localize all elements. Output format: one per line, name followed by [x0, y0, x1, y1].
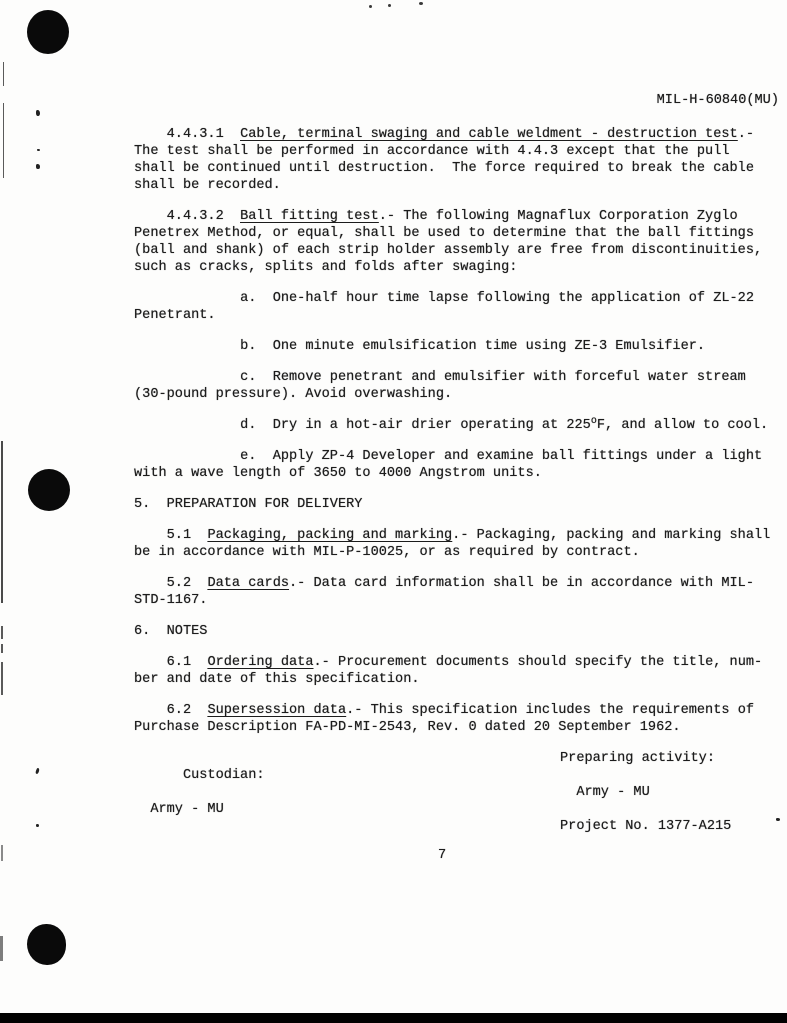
- list-item-c: c. Remove penetrant and emulsifier with …: [134, 369, 779, 403]
- scan-speck: [35, 768, 40, 775]
- scanned-document-page: MIL-H-60840(MU) 4.4.3.1 Cable, terminal …: [0, 0, 787, 1023]
- scan-speck: [388, 4, 391, 7]
- scan-speck: [36, 164, 40, 169]
- section-5-2-data-cards: 5.2 Data cards.- Data card information s…: [134, 575, 779, 609]
- scan-edge-line: [1, 441, 3, 603]
- section-6-2-supersession-data: 6.2 Supersession data.- This specificati…: [134, 702, 779, 736]
- hole-punch-top-icon: [27, 10, 69, 54]
- section-5-1-packaging: 5.1 Packaging, packing and marking.- Pac…: [134, 527, 779, 561]
- section-4-4-3-2-ball-fitting-test: 4.4.3.2 Ball fitting test.- The followin…: [134, 208, 779, 276]
- list-item-a: a. One-half hour time lapse following th…: [134, 290, 779, 324]
- custodian-block: Custodian: Army - MU: [134, 768, 265, 817]
- scan-bottom-edge: [0, 1013, 787, 1023]
- scan-speck: [419, 2, 423, 5]
- document-paragraphs: 4.4.3.1 Cable, terminal swaging and cabl…: [134, 126, 779, 736]
- list-item-e: e. Apply ZP-4 Developer and examine ball…: [134, 448, 779, 482]
- scan-edge-line: [1, 626, 3, 639]
- document-id-header: MIL-H-60840(MU): [134, 92, 779, 109]
- list-item-d: d. Dry in a hot-air drier operating at 2…: [134, 417, 779, 434]
- footer-block: Custodian: Army - MU Preparing activity:…: [134, 750, 779, 852]
- scan-edge-line: [1, 845, 3, 861]
- document-content: MIL-H-60840(MU) 4.4.3.1 Cable, terminal …: [134, 92, 779, 852]
- scan-speck: [36, 824, 39, 827]
- page-number: 7: [438, 847, 446, 864]
- scan-speck: [369, 5, 372, 8]
- hole-punch-middle-icon: [28, 469, 70, 511]
- scan-speck: [37, 149, 40, 151]
- section-4-4-3-1-cable-destruction-test: 4.4.3.1 Cable, terminal swaging and cabl…: [134, 126, 779, 194]
- scan-edge-line: [1, 662, 3, 695]
- scan-edge-line: [3, 62, 4, 86]
- section-6-heading: 6. NOTES: [134, 623, 779, 640]
- section-6-1-ordering-data: 6.1 Ordering data.- Procurement document…: [134, 654, 779, 688]
- scan-edge-line: [0, 936, 3, 961]
- list-item-b: b. One minute emulsification time using …: [134, 338, 779, 355]
- section-5-heading: 5. PREPARATION FOR DELIVERY: [134, 496, 779, 513]
- scan-speck: [36, 110, 40, 116]
- scan-edge-line: [1, 644, 3, 653]
- scan-edge-line: [3, 103, 4, 178]
- preparing-activity-block: Preparing activity: Army - MU Project No…: [560, 750, 731, 835]
- hole-punch-bottom-icon: [27, 924, 66, 965]
